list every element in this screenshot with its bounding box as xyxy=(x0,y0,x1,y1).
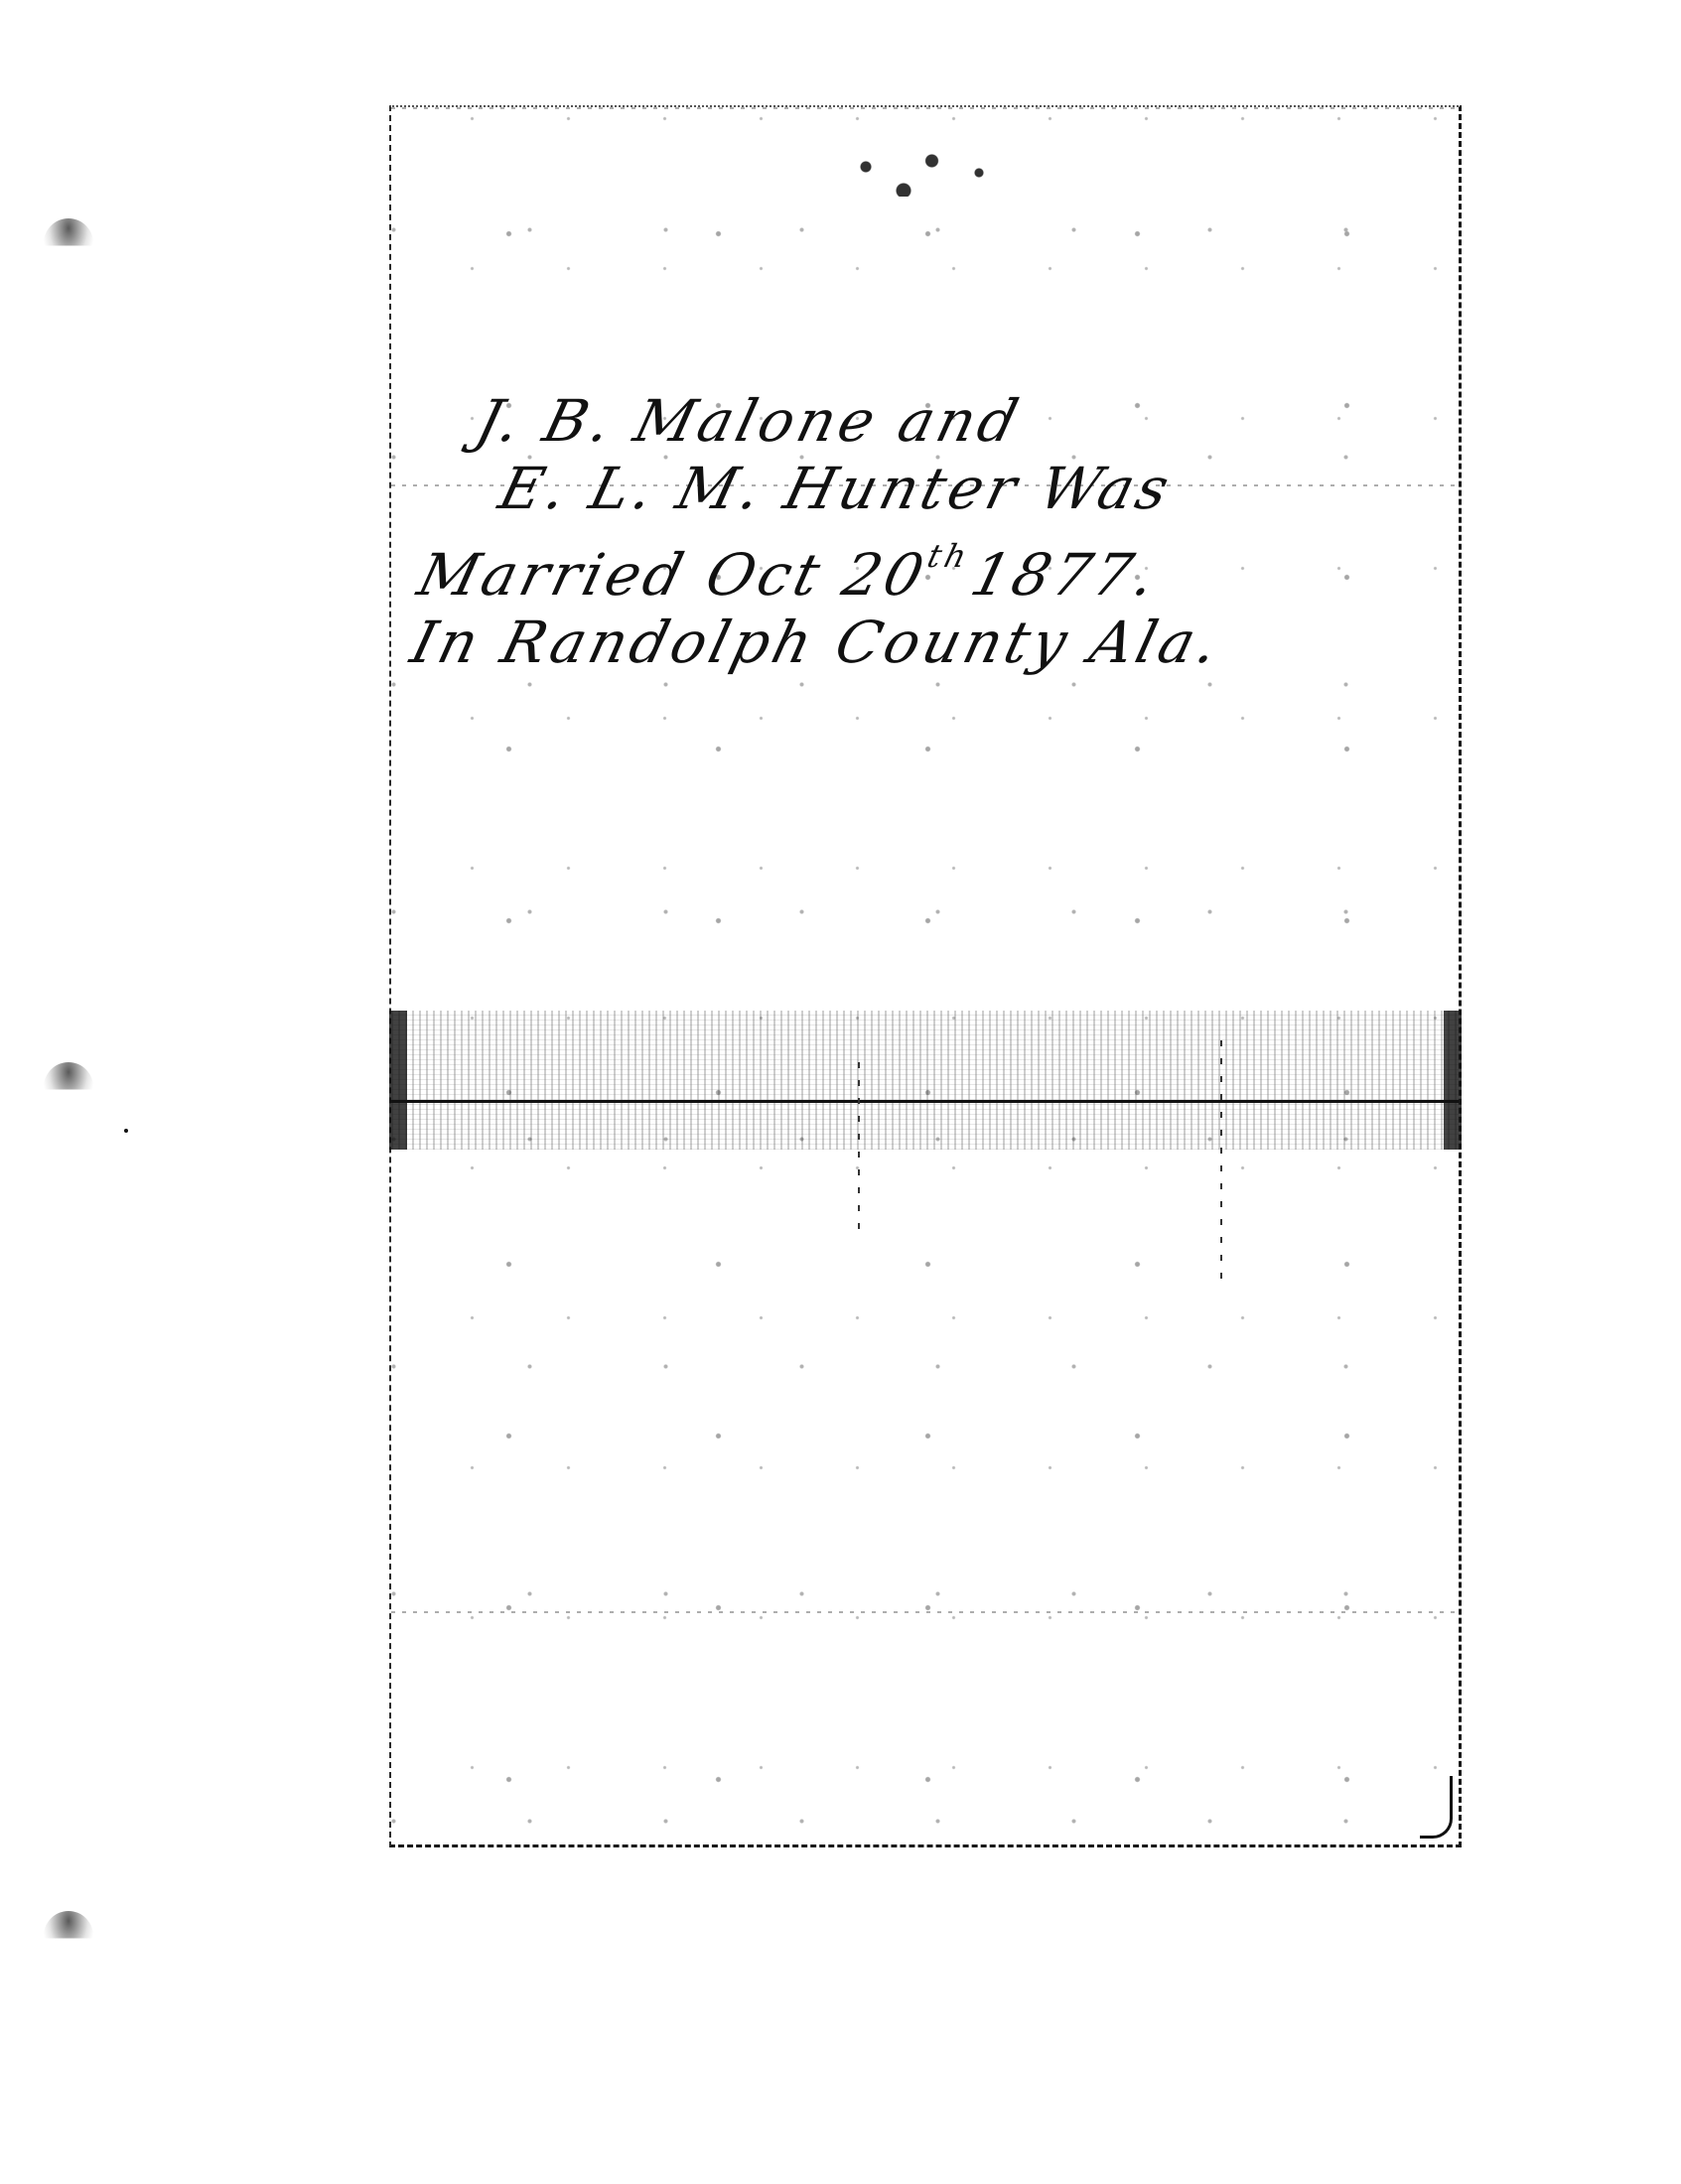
vertical-crease xyxy=(1220,1030,1222,1279)
fold-damage-band xyxy=(391,1011,1459,1150)
scan-noise xyxy=(391,107,1459,1844)
fold-edge-right xyxy=(1444,1011,1462,1150)
date-year: 1877. xyxy=(964,541,1166,609)
binder-hole-middle xyxy=(44,1062,93,1112)
handwritten-marriage-record: J. B. Malone and E. L. M. Hunter Was Mar… xyxy=(394,387,1360,676)
binder-hole-bottom xyxy=(44,1911,93,1961)
lower-ruled-line xyxy=(391,1611,1459,1613)
margin-speck xyxy=(124,1129,128,1133)
fold-crease xyxy=(391,1100,1459,1103)
vertical-crease xyxy=(858,1060,860,1229)
handwritten-line-names-2: E. L. M. Hunter Was xyxy=(492,455,1343,522)
handwritten-line-place: In Randolph County Ala. xyxy=(404,609,1305,676)
top-edge-line xyxy=(391,107,1459,109)
binder-hole-top xyxy=(44,218,93,268)
top-ink-smudge xyxy=(828,137,1017,197)
date-text: Married Oct 20 xyxy=(411,541,933,609)
page-corner-curl xyxy=(1420,1776,1453,1839)
scanned-document-page xyxy=(389,105,1462,1847)
handwritten-line-date: Married Oct 20th1877. xyxy=(411,522,1327,609)
handwritten-line-names-1: J. B. Malone and xyxy=(470,387,1360,455)
fold-edge-left xyxy=(389,1011,407,1150)
date-ordinal-superscript: th xyxy=(923,537,974,575)
